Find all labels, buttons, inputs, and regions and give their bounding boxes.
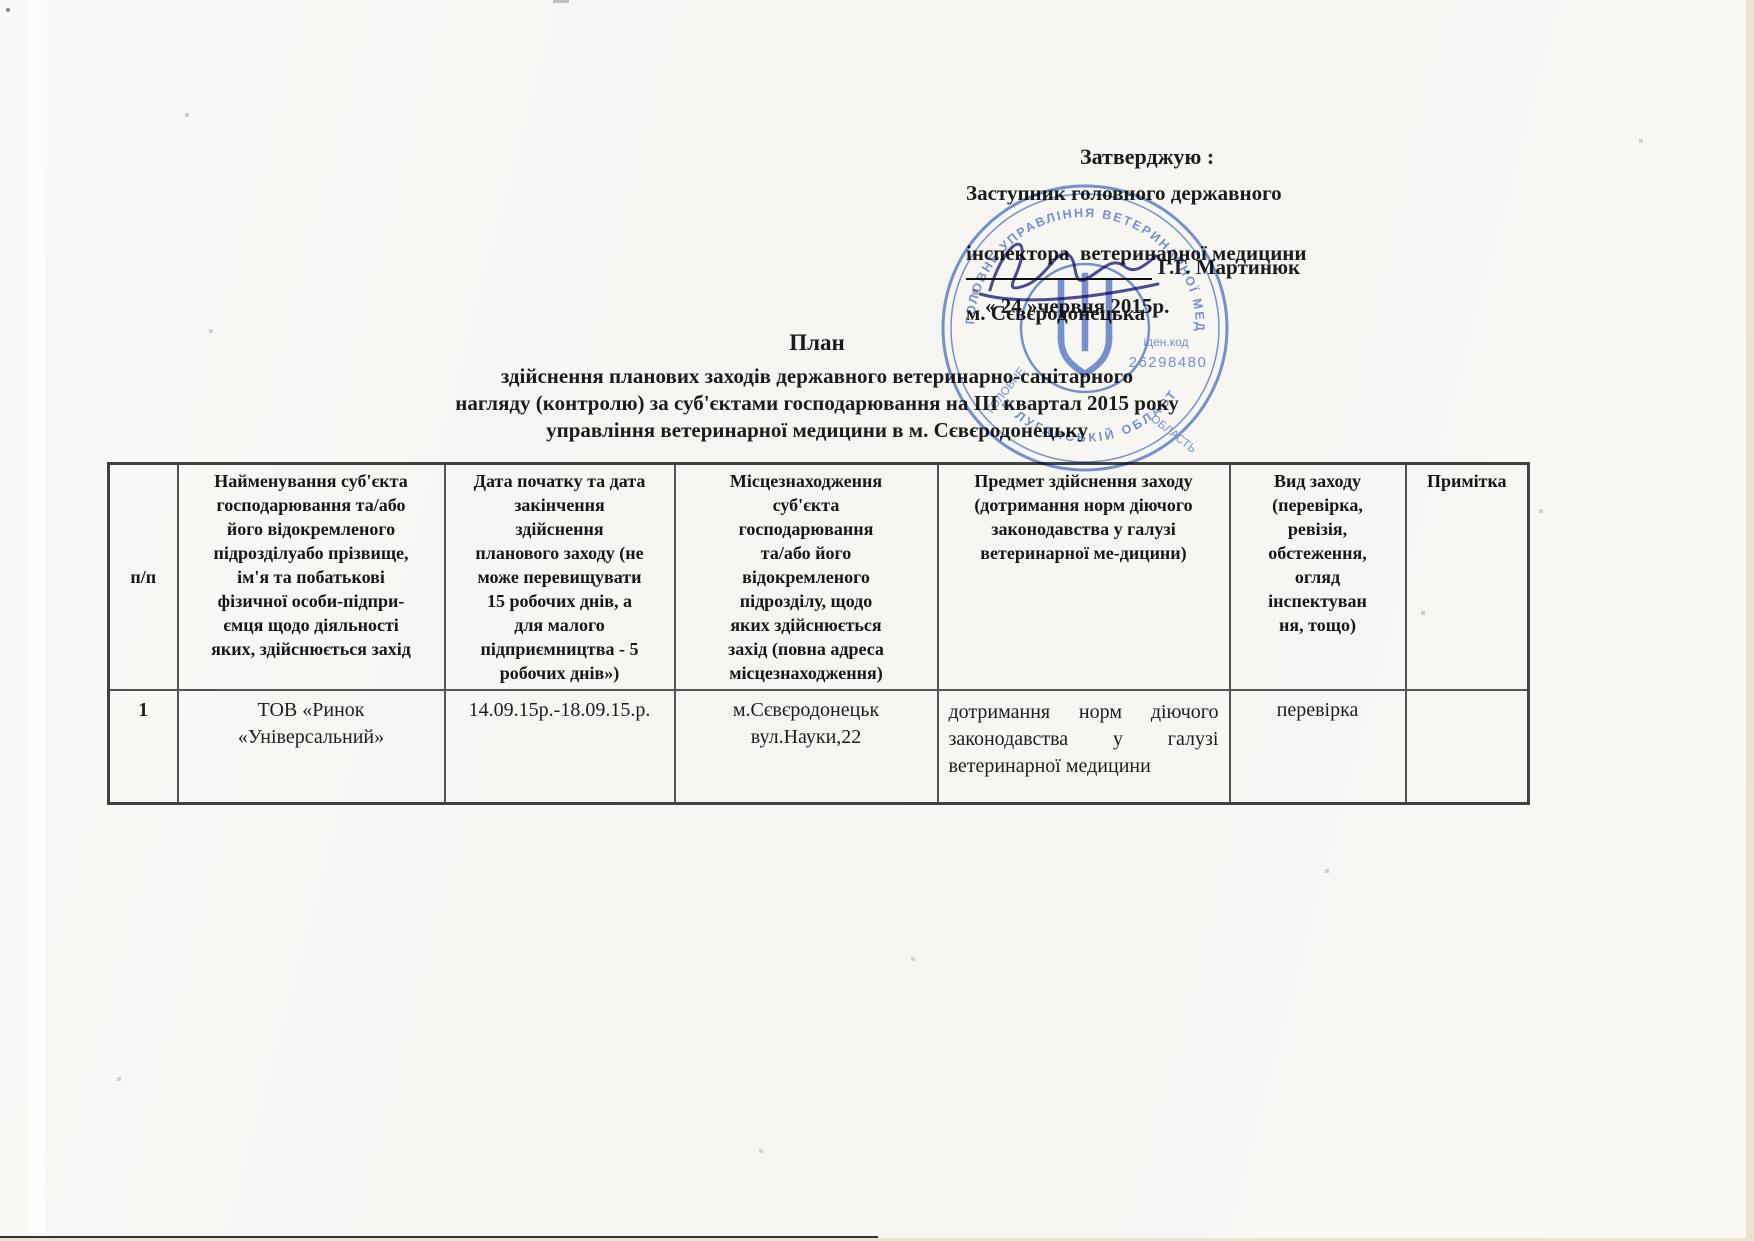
cell-subject: дотримання норм діючого законодавства у … [938, 690, 1230, 804]
cell-entity-name: ТОВ «Ринок «Універсальний» [178, 690, 445, 804]
subtitle-line-1: здійснення планових заходів державного в… [107, 363, 1527, 390]
cell-measure-type: перевірка [1230, 690, 1406, 804]
header-cell-num: п/п [109, 464, 178, 691]
subtitle-line-2: нагляду (контролю) за суб'єктами господа… [107, 390, 1527, 417]
stamp-code-value: 26298480 [1129, 354, 1208, 371]
handwritten-signature [972, 226, 1168, 314]
cell-location: м.Сєвєродонецьк вул.Науки,22 [675, 690, 938, 804]
cell-note [1406, 690, 1529, 804]
scan-corner-dot [6, 8, 10, 12]
scan-bottom-line [0, 1236, 878, 1238]
cell-num: 1 [109, 690, 178, 804]
cell-dates: 14.09.15р.-18.09.15.р. [445, 690, 675, 804]
scan-crease [28, 0, 46, 1241]
header-cell-dates: Дата початку та дата закінчення здійснен… [445, 464, 675, 691]
inspection-plan-table: п/п Найменування суб'єкта господарювання… [107, 462, 1530, 805]
header-cell-measure-type: Вид заходу (перевірка, ревізія, обстежен… [1230, 464, 1406, 691]
subtitle-line-3: управління ветеринарної медицини в м. Сє… [107, 417, 1527, 444]
scanned-document-page: Затверджую : Заступник головного державн… [0, 0, 1754, 1241]
document-title: План [107, 330, 1527, 356]
table-row: 1 ТОВ «Ринок «Універсальний» 14.09.15р.-… [109, 690, 1529, 804]
header-cell-location: Місцезнаходження суб'єкта господарювання… [675, 464, 938, 691]
official-round-stamp: ГОЛОВНЕ УПРАВЛІННЯ ВЕТЕРИНАРНОЇ МЕДИЦИНИ… [928, 180, 1238, 480]
stamp-code-label: іден.код [1143, 335, 1188, 349]
header-cell-note: Примітка [1406, 464, 1529, 691]
approval-heading: Затверджую : [1080, 144, 1214, 170]
title-block: План здійснення планових заходів державн… [107, 330, 1527, 444]
header-cell-subject: Предмет здійснення заходу (дотримання но… [938, 464, 1230, 691]
scan-noise [0, 0, 2, 2]
stamp-word-right: ОБЛАСТЬ [1148, 413, 1198, 456]
scan-top-mark [553, 0, 569, 3]
table-header-row: п/п Найменування суб'єкта господарювання… [109, 464, 1529, 691]
scan-edge-right [1746, 0, 1754, 1241]
header-cell-entity-name: Найменування суб'єкта господарювання та/… [178, 464, 445, 691]
